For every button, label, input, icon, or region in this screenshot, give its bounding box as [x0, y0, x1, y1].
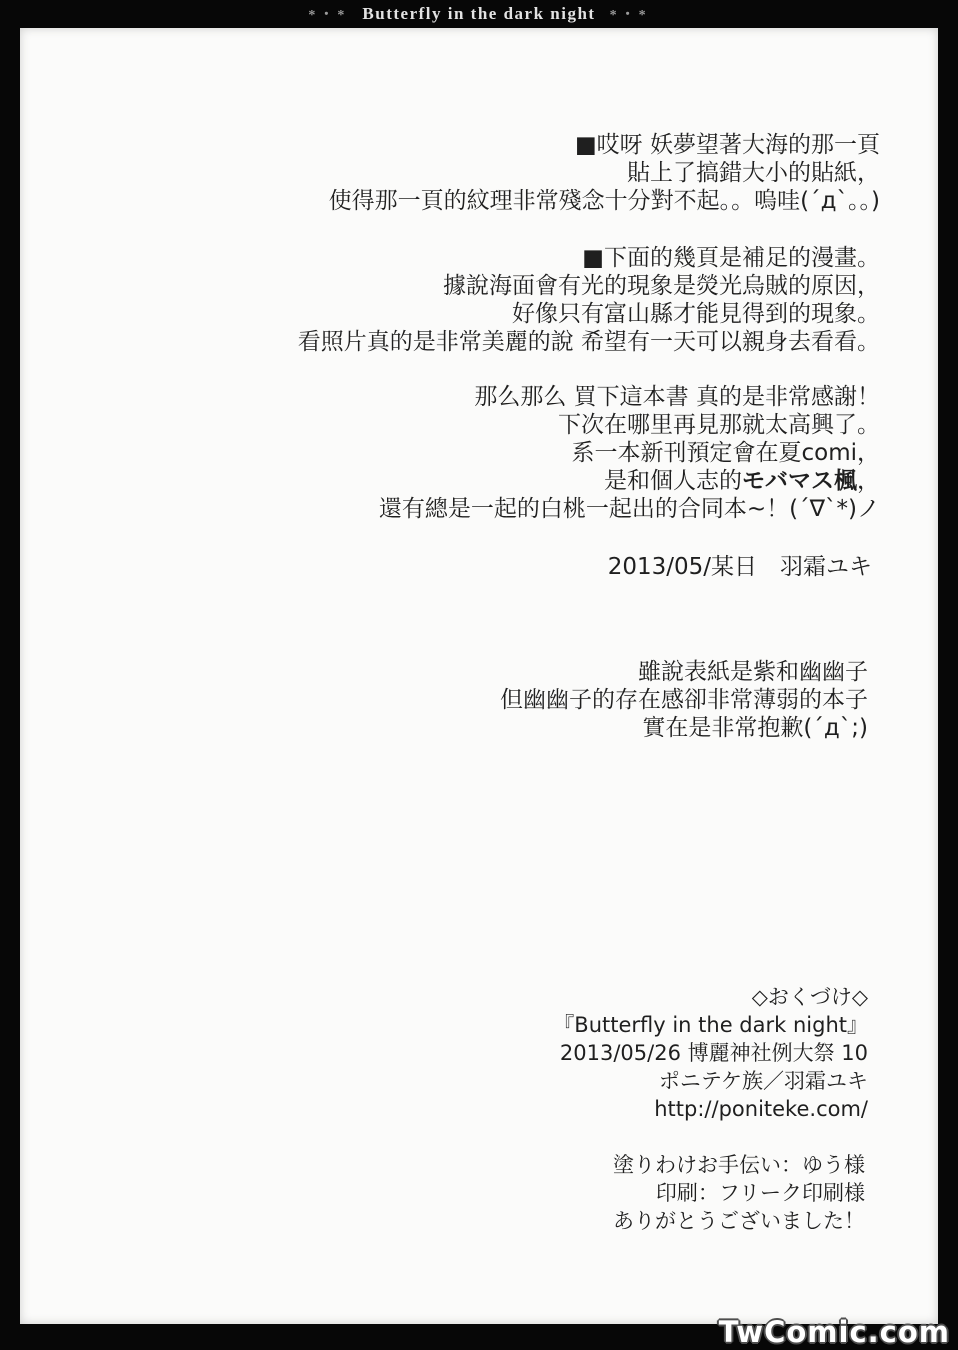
- website-url: http://poniteke.com/: [553, 1095, 868, 1123]
- text-line: 是和個人志的モバマス楓，: [379, 467, 880, 495]
- event-date-line: 2013/05/26 博麗神社例大祭 10: [553, 1039, 868, 1067]
- manga-page-paper: ■哎呀 妖夢望著大海的那一頁 貼上了搞錯大小的貼紙， 使得那一頁的紋理非常殘念十…: [20, 28, 938, 1324]
- colophon-heading: ◇おくづけ◇: [553, 983, 868, 1011]
- colophon: ◇おくづけ◇ 『Butterfly in the dark night』 201…: [553, 983, 868, 1123]
- text-line: 使得那一頁的紋理非常殘念十分對不起。。嗚哇(´д`。。): [329, 187, 880, 215]
- text-line: 貼上了搞錯大小的貼紙，: [329, 159, 880, 187]
- circle-author-line: ポニテケ族／羽霜ユキ: [553, 1067, 868, 1095]
- text-line: 據說海面會有光的現象是熒光烏賊的原因，: [298, 272, 880, 300]
- date-signature: 2013/05/某日 羽霜ユキ: [608, 553, 872, 581]
- text-line: 雖說表紙是紫和幽幽子: [500, 658, 868, 686]
- credit-coloring-help: 塗りわけお手伝い：ゆう様: [613, 1151, 865, 1179]
- text-line: 下次在哪里再見那就太高興了。: [379, 411, 880, 439]
- book-title: 『Butterfly in the dark night』: [553, 1011, 868, 1039]
- credits: 塗りわけお手伝い：ゆう様 印刷：フリーク印刷様 ありがとうございました！: [613, 1151, 865, 1235]
- text-line: 2013/05/某日 羽霜ユキ: [608, 553, 872, 581]
- credit-printer: 印刷：フリーク印刷様: [613, 1179, 865, 1207]
- text-line: 那么那么 買下這本書 真的是非常感謝！: [379, 383, 880, 411]
- watermark-twcomic: TwComic.com: [719, 1315, 950, 1349]
- star-ornament-left-icon: *・*: [308, 4, 348, 24]
- bold-title-mobamasu: モバマス楓: [742, 468, 857, 494]
- text-line: 看照片真的是非常美麗的說 希望有一天可以親身去看看。: [298, 328, 880, 356]
- credit-thanks: ありがとうございました！: [613, 1207, 865, 1235]
- page-header-title: Butterfly in the dark night: [362, 4, 595, 24]
- text-line: 還有總是一起的白桃一起出的合同本~！(´∇`*)ノ: [379, 495, 880, 523]
- text-line: 好像只有富山縣才能見得到的現象。: [298, 300, 880, 328]
- afterword-note-bonus-manga: ■下面的幾頁是補足的漫畫。 據說海面會有光的現象是熒光烏賊的原因， 好像只有富山…: [298, 244, 880, 356]
- text-line: 系一本新刊預定會在夏comi，: [379, 439, 880, 467]
- star-ornament-right-icon: *・*: [610, 4, 650, 24]
- afterword-note-sticker: ■哎呀 妖夢望著大海的那一頁 貼上了搞錯大小的貼紙， 使得那一頁的紋理非常殘念十…: [329, 131, 880, 215]
- text-line: ■下面的幾頁是補足的漫畫。: [298, 244, 880, 272]
- thanks-paragraph: 那么那么 買下這本書 真的是非常感謝！ 下次在哪里再見那就太高興了。 系一本新刊…: [379, 383, 880, 523]
- text-line: 實在是非常抱歉(´д`;): [500, 714, 868, 742]
- text-line: 但幽幽子的存在感卻非常薄弱的本子: [500, 686, 868, 714]
- cover-apology-note: 雖說表紙是紫和幽幽子 但幽幽子的存在感卻非常薄弱的本子 實在是非常抱歉(´д`;…: [500, 658, 868, 742]
- header-bar: *・* Butterfly in the dark night *・*: [0, 0, 958, 28]
- scanned-doujin-afterword-page: { "header": { "prefix": "*・*", "title": …: [0, 0, 958, 1350]
- text-line: ■哎呀 妖夢望著大海的那一頁: [329, 131, 880, 159]
